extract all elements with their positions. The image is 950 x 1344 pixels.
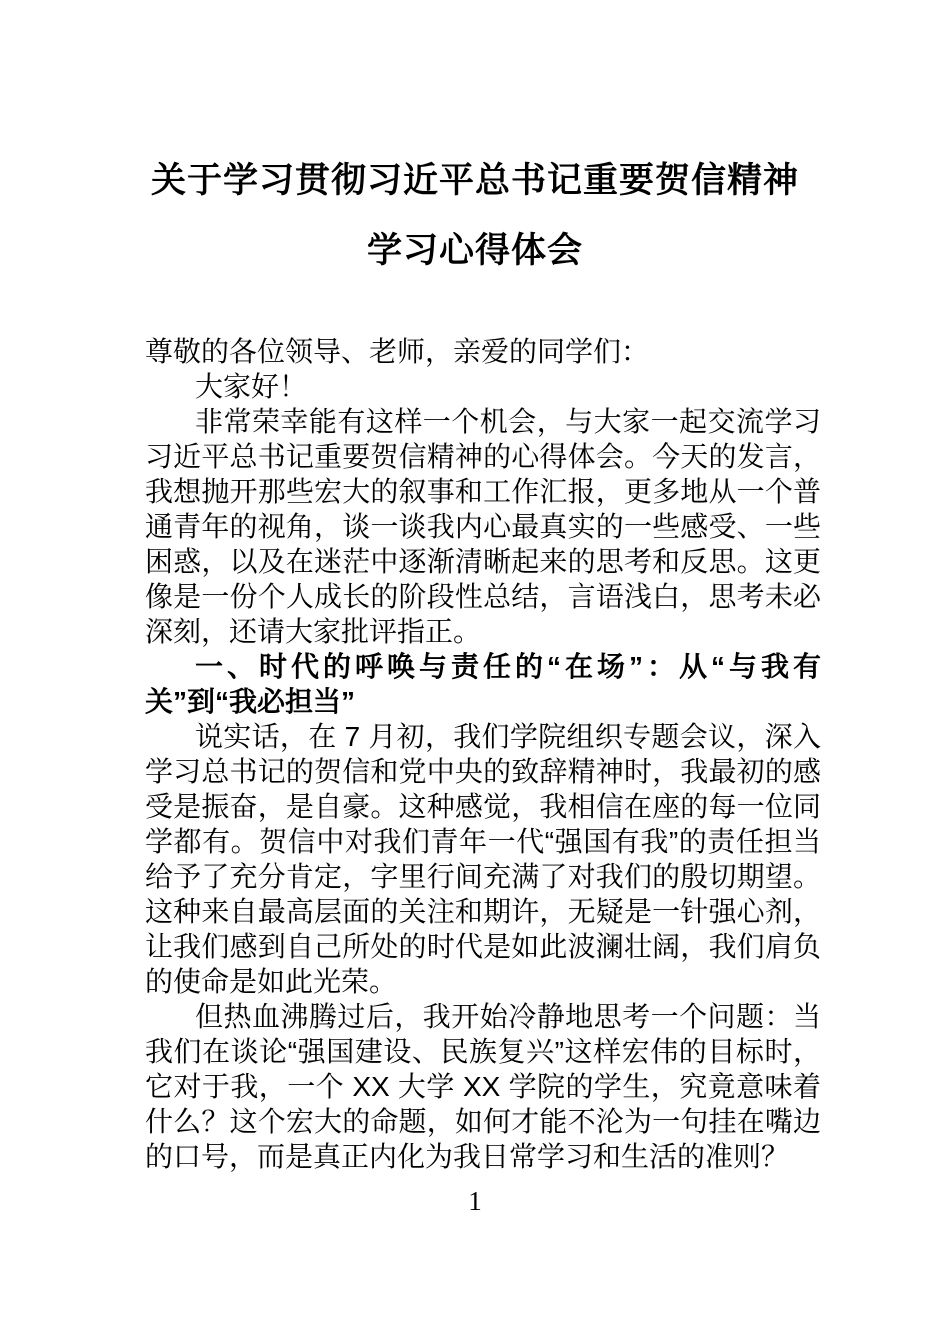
- document-title-line-1: 关于学习贯彻习近平总书记重要贺信精神: [0, 146, 950, 216]
- paragraph: 尊敬的各位领导、老师，亲爱的同学们：: [145, 334, 821, 369]
- section-heading: 一、时代的呼唤与责任的“在场”：从“与我有关”到“我必担当”: [145, 649, 821, 719]
- document-title-line-2: 学习心得体会: [0, 216, 950, 286]
- page-number: 1: [0, 1186, 950, 1217]
- paragraph: 非常荣幸能有这样一个机会，与大家一起交流学习习近平总书记重要贺信精神的心得体会。…: [145, 404, 821, 649]
- document-title: 关于学习贯彻习近平总书记重要贺信精神 学习心得体会: [0, 0, 950, 286]
- document-page: 关于学习贯彻习近平总书记重要贺信精神 学习心得体会 尊敬的各位领导、老师，亲爱的…: [0, 0, 950, 1344]
- paragraph: 但热血沸腾过后，我开始冷静地思考一个问题：当我们在谈论“强国建设、民族复兴”这样…: [145, 999, 821, 1174]
- paragraph: 说实话，在 7 月初，我们学院组织专题会议，深入学习总书记的贺信和党中央的致辞精…: [145, 719, 821, 999]
- paragraph: 大家好！: [145, 369, 821, 404]
- document-body: 尊敬的各位领导、老师，亲爱的同学们：大家好！非常荣幸能有这样一个机会，与大家一起…: [145, 334, 821, 1174]
